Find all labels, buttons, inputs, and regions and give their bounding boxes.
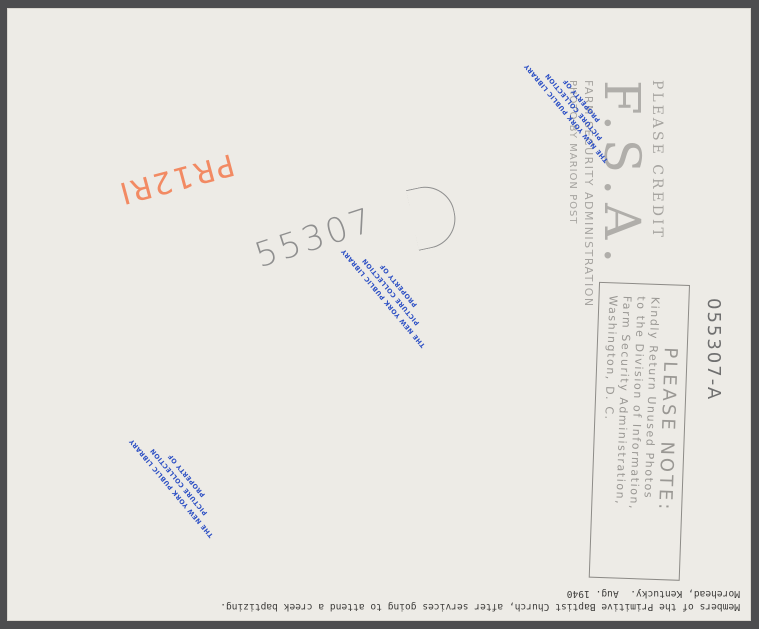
please-credit-label: PLEASE CREDIT bbox=[649, 80, 665, 308]
side-catalog-number: 055307-A bbox=[703, 298, 724, 401]
caption-line-1: Members of the Primitive Baptist Church,… bbox=[220, 600, 740, 613]
typed-caption: Members of the Primitive Baptist Church,… bbox=[220, 587, 740, 613]
please-note-stamp: PLEASE NOTE: Kindly Return Unused Photos… bbox=[589, 282, 690, 581]
fsa-abbrev: F.S.A. bbox=[597, 80, 647, 308]
caption-line-2: Morehead, Kentucky. Aug. 1940 bbox=[220, 587, 740, 600]
